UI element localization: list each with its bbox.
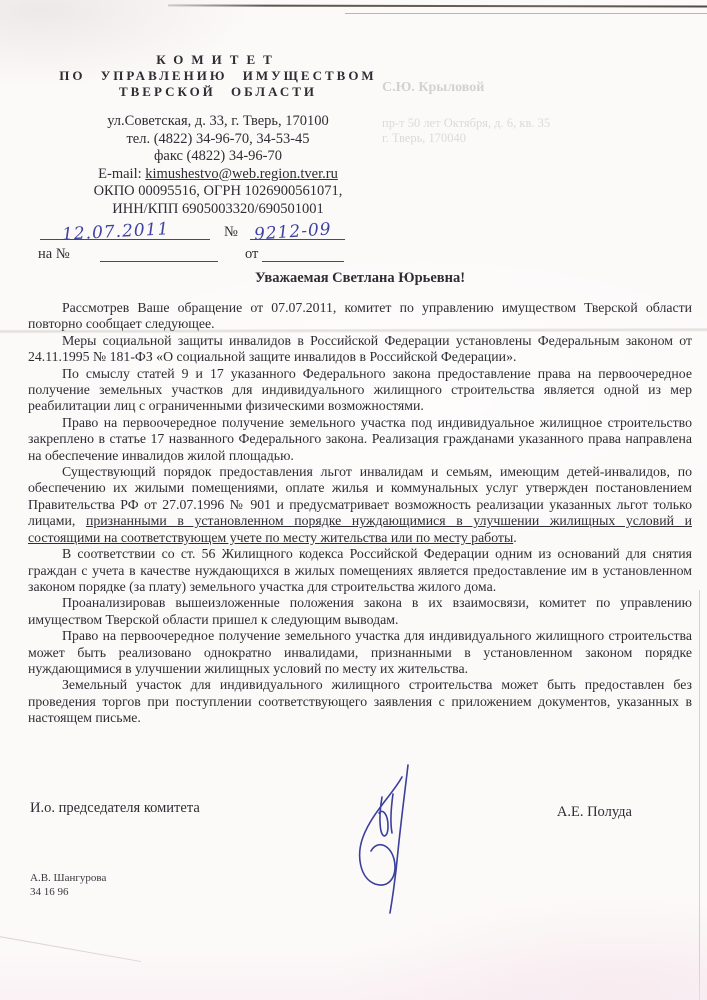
org-inn-kpp: ИНН/КПП 6905003320/690501001 (18, 201, 418, 219)
email-label: E-mail: (98, 166, 145, 182)
signer-position: И.о. председателя комитета (30, 800, 200, 817)
org-address: ул.Советская, д. 33, г. Тверь, 170100 (18, 113, 418, 131)
org-name-line-1: КОМИТЕТ (18, 52, 418, 68)
reply-to-line (100, 243, 218, 262)
paragraph-5-period: . (513, 530, 516, 545)
org-name-line-2: ПО УПРАВЛЕНИЮ ИМУЩЕСТВОМ (18, 68, 418, 84)
body-paragraph-3: По смыслу статей 9 и 17 указанного Федер… (28, 366, 692, 415)
org-phone: тел. (4822) 34-96-70, 34-53-45 (18, 131, 418, 149)
body-paragraph-4: Право на первоочередное получение земель… (28, 415, 692, 464)
letterhead: КОМИТЕТ ПО УПРАВЛЕНИЮ ИМУЩЕСТВОМ ТВЕРСКО… (18, 52, 418, 219)
recipient-block: С.Ю. Крыловой пр-т 50 лет Октября, д. 6,… (382, 80, 662, 146)
body-paragraph-9: Земельный участок для индивидуального жи… (28, 677, 692, 726)
body-paragraph-5: Существующий порядок предоставления льго… (28, 464, 692, 546)
document-page: КОМИТЕТ ПО УПРАВЛЕНИЮ ИМУЩЕСТВОМ ТВЕРСКО… (0, 0, 707, 1000)
org-fax: факс (4822) 34-96-70 (18, 148, 418, 166)
from-label: от (245, 246, 258, 263)
form-date-line: 12.07.2011 (40, 221, 210, 240)
org-name-line-3: ТВЕРСКОЙ ОБЛАСТИ (18, 84, 418, 100)
executor-block: А.В. Шангурова 34 16 96 (30, 872, 106, 899)
letter-body: Уважаемая Светлана Юрьевна! Рассмотрев В… (28, 270, 692, 727)
reply-to-label: на № (38, 246, 70, 263)
recipient-address-1: пр-т 50 лет Октября, д. 6, кв. 35 (382, 116, 662, 131)
handwritten-date: 12.07.2011 (62, 219, 170, 245)
recipient-address-2: г. Тверь, 170040 (382, 131, 662, 146)
body-paragraph-7: Проанализировав вышеизложенные положения… (28, 595, 692, 628)
signer-name: А.Е. Полуда (557, 804, 632, 821)
scan-edge-line-right (699, 590, 700, 1000)
number-sign: № (224, 224, 238, 241)
scan-edge-line-top (168, 4, 707, 7)
email-address: kimushestvo@web.region.tver.ru (145, 166, 338, 182)
body-paragraph-2: Меры социальной защиты инвалидов в Росси… (28, 333, 692, 366)
body-paragraph-6: В соответствии со ст. 56 Жилищного кодек… (28, 546, 692, 595)
executor-name: А.В. Шангурова (30, 872, 106, 886)
org-email-line: E-mail: kimushestvo@web.region.tver.ru (18, 166, 418, 184)
org-contact-block: ул.Советская, д. 33, г. Тверь, 170100 те… (18, 113, 418, 219)
body-paragraph-1: Рассмотрев Ваше обращение от 07.07.2011,… (28, 300, 692, 333)
org-okpo-ogrn: ОКПО 00095516, ОГРН 1026900561071, (18, 183, 418, 201)
underlined-passage: признанными в установленном порядке нужд… (28, 513, 692, 544)
recipient-name: С.Ю. Крыловой (382, 80, 662, 96)
form-number-line: 9212-09 (250, 221, 345, 240)
handwritten-number: 9212-09 (253, 219, 332, 244)
executor-phone: 34 16 96 (30, 886, 106, 900)
body-paragraph-8: Право на первоочередное получение земель… (28, 628, 692, 677)
signature-ink (352, 763, 434, 915)
scan-bottom-tint (0, 945, 707, 1000)
from-line (262, 243, 344, 262)
underlying-sheet-edge (345, 13, 707, 14)
salutation: Уважаемая Светлана Юрьевна! (28, 270, 692, 287)
